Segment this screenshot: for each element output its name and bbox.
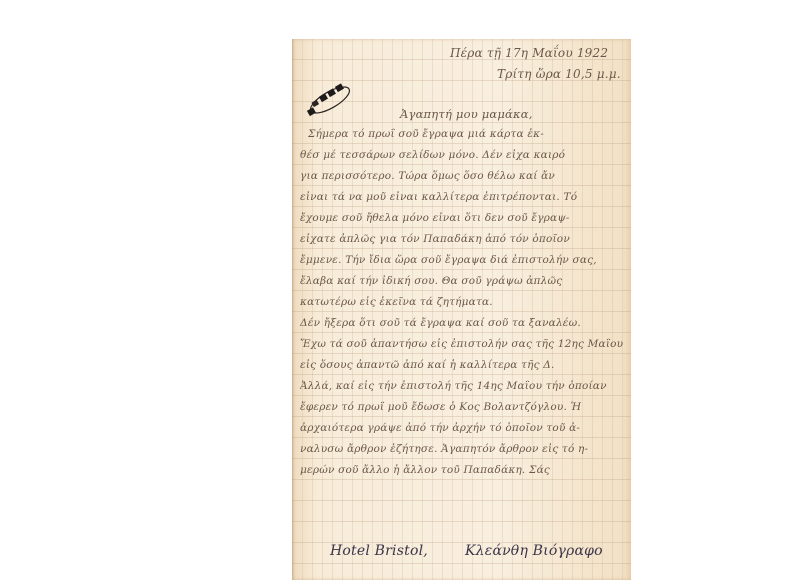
letter-place-date: Πέρα τῇ 17η Μαΐου 1922 (450, 46, 608, 60)
body-line: εἶχατε ἀπλῶς για τόν Παπαδάκη ἀπό τόν ὁπ… (300, 233, 625, 245)
bracelet-doodle-icon (305, 83, 353, 118)
body-line: ἔφερεν τό πρωΐ μοῦ ἔδωσε ὁ Κος Βολαντζόγ… (300, 401, 625, 413)
letter-salutation: Ἀγαπητή μου μαμάκα, (400, 107, 533, 121)
signature-name: Κλεάνθη Βιόγραφο (465, 543, 603, 559)
body-line: Ἔχω τά σοῦ ἀπαντήσω εἰς ἐπιστολήν σας τῆ… (300, 338, 625, 350)
body-line: εἰς ὅσους ἀπαντῶ ἀπό καί ἡ καλλίτερα τῆς… (300, 359, 625, 371)
body-line: Ἀλλά, καί εἰς τήν ἐπιστολή τῆς 14ης Μαΐο… (300, 380, 625, 392)
body-line: μερών σοῦ ἄλλο ἡ ἄλλον τοῦ Παπαδάκη. Σάς (300, 464, 625, 476)
body-line: κατωτέρω εἰς ἐκεῖνα τά ζητήματα. (300, 296, 625, 308)
body-line: Δέν ἤξερα ὅτι σοῦ τά ἔγραψα καί σοῦ τα ξ… (300, 317, 625, 329)
body-line: ἔλαβα καί τήν ἰδική σου. Θα σοῦ γράψω ἀπ… (300, 275, 625, 287)
body-line: ἔχουμε σοῦ ἤθελα μόνο εἶναι ὅτι δεν σοῦ … (300, 212, 625, 224)
body-line: ἀρχαιότερα γράψε ἀπό τήν ἀρχήν τό ὁποῖον… (300, 422, 625, 434)
body-line: εἶναι τά να μοῦ εἶναι καλλίτερα ἐπιτρέπο… (300, 191, 625, 203)
body-line: ἔμμενε. Τήν ἴδια ὥρα σοῦ ἔγραψα διά ἐπισ… (300, 254, 625, 266)
body-line: για περισσότερο. Τώρα ὅμως ὅσο θέλω καί … (300, 170, 625, 182)
body-line: ναλυσω ἄρθρον ἐζήτησε. Ἀγαπητόν ἄρθρον ε… (300, 443, 625, 455)
signature-hotel: Hotel Bristol, (330, 543, 428, 559)
body-line: θέσ μέ τεσσάρων σελίδων μόνο. Δέν εἶχα κ… (300, 149, 625, 161)
body-line: Σήμερα τό πρωΐ σοῦ ἔγραψα μιά κάρτα ἐκ- (308, 128, 633, 140)
letter-day-time: Τρίτη ὥρα 10,5 μ.μ. (497, 67, 621, 81)
